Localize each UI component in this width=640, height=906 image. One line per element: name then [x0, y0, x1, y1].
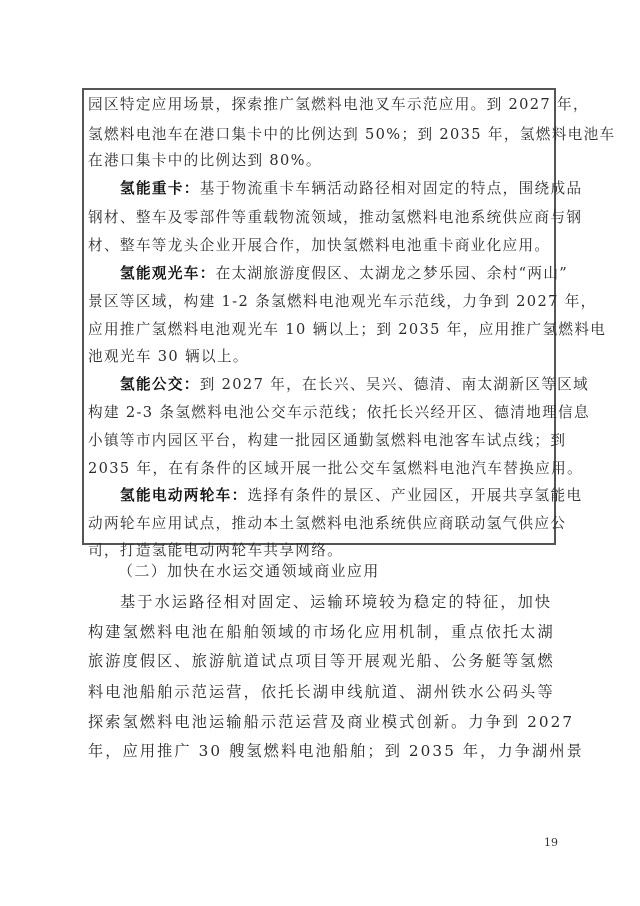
- box-line: 在港口集卡中的比例达到 80%。: [88, 151, 322, 171]
- section-heading: （二）加快在水运交通领域商业应用: [118, 561, 380, 581]
- box-line: 构建 2-3 条氢燃料电池公交车示范线；依托长兴经开区、德清地理信息: [88, 403, 590, 423]
- body-line: 料电池船舶示范运营，依托长湖申线航道、湖州铁水公码头等: [88, 682, 555, 702]
- box-line: 钢材、整车及零部件等重载物流领域，推动氢燃料电池系统供应商与钢: [88, 208, 582, 228]
- body-line: 旅游度假区、旅游航道试点项目等开展观光船、公务艇等氢燃: [88, 651, 555, 671]
- box-line: 池观光车 30 辆以上。: [88, 347, 249, 367]
- box-line-hydrogen-sightseeing: 氢能观光车：在太湖旅游度假区、太湖龙之梦乐园、余村“两山”: [120, 264, 568, 284]
- body-line: 构建氢燃料电池在船舶领域的市场化应用机制，重点依托太湖: [88, 622, 555, 642]
- box-line: 小镇等市内园区平台，构建一批园区通勤氢燃料电池客车试点线；到: [88, 431, 566, 451]
- page-number: 19: [544, 836, 558, 849]
- box-line-hydrogen-heavy-truck: 氢能重卡：基于物流重卡车辆活动路径相对固定的特点，围绕成品: [120, 179, 582, 199]
- box-line-hydrogen-two-wheeler: 氢能电动两轮车：选择有条件的景区、产业园区，开展共享氢能电: [120, 486, 582, 506]
- box-line: 动两轮车应用试点，推动本土氢燃料电池系统供应商联动氢气供应公: [88, 514, 566, 534]
- box-line: 2035 年，在有条件的区域开展一批公交车氢燃料电池汽车替换应用。: [88, 459, 583, 479]
- box-line: 应用推广氢燃料电池观光车 10 辆以上；到 2035 年，应用推广氢燃料电: [88, 320, 606, 340]
- box-line: 氢燃料电池车在港口集卡中的比例达到 50%；到 2035 年，氢燃料电池车: [88, 125, 615, 145]
- box-line: 园区特定应用场景，探索推广氢燃料电池叉车示范应用。到 2027 年，: [88, 95, 589, 115]
- box-line: 材、整车等龙头企业开展合作，加快氢燃料电池重卡商业化应用。: [88, 236, 550, 256]
- box-line: 司，打造氢能电动两轮车共享网络。: [88, 541, 343, 561]
- body-line: 年，应用推广 30 艘氢燃料电池船舶；到 2035 年，力争湖州景: [88, 741, 584, 761]
- box-line: 景区等区域，构建 1-2 条氢燃料电池观光车示范线，力争到 2027 年，: [88, 292, 597, 312]
- body-line: 基于水运路径相对固定、运输环境较为稳定的特征，加快: [120, 592, 552, 612]
- box-line-hydrogen-bus: 氢能公交：到 2027 年，在长兴、吴兴、德清、南太湖新区等区域: [120, 375, 589, 395]
- body-line: 探索氢燃料电池运输船示范运营及商业模式创新。力争到 2027: [88, 712, 574, 732]
